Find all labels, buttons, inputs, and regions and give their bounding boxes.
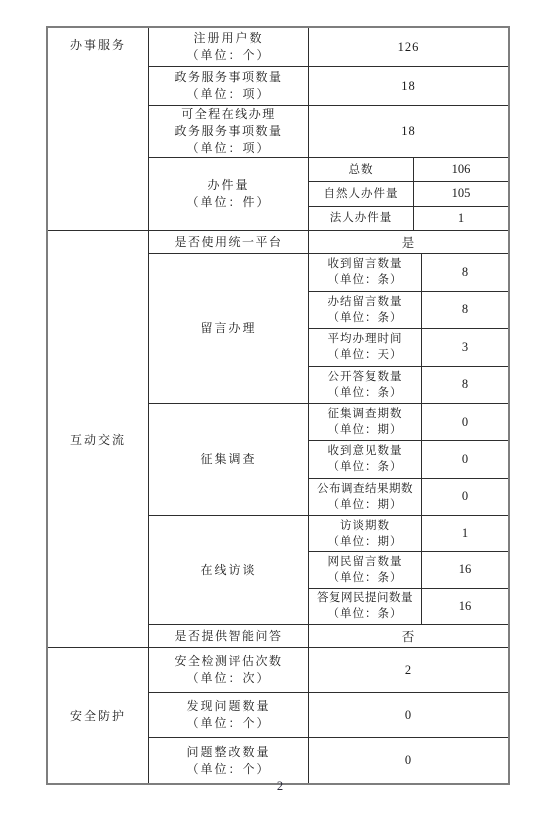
subitem-value: 8 xyxy=(422,254,508,291)
table-row: 征集调查 征集调查期数 （单位：期） 0 收到意见数量 （单位：条） xyxy=(149,404,508,516)
item-unit: （单位：项） xyxy=(186,86,270,103)
table-subrow: 征集调查期数 （单位：期） 0 xyxy=(309,404,508,441)
table-row: 留言办理 收到留言数量 （单位：条） 8 办结留言数量 （单位：条） xyxy=(149,254,508,404)
subitem-value: 1 xyxy=(414,207,508,230)
subitem-value: 105 xyxy=(414,182,508,205)
item-unit: （单位：项） xyxy=(186,140,270,157)
item-value: 2 xyxy=(309,648,508,692)
item-label: 问题整改数量 xyxy=(186,744,270,761)
item-unit: （单位：个） xyxy=(186,47,270,64)
subitem-unit: （单位：期） xyxy=(328,497,403,513)
table-subrow: 公布调查结果期数 （单位：期） 0 xyxy=(309,479,508,515)
subitem-unit: （单位：天） xyxy=(328,347,403,363)
item-label: 办件量 xyxy=(207,177,249,194)
item-label-cell: 可全程在线办理 政务服务事项数量 （单位：项） xyxy=(149,106,309,157)
subitem-label: 总数 xyxy=(309,158,414,181)
table-row: 在线访谈 访谈期数 （单位：期） 1 网民留言数量 （单位：条） xyxy=(149,516,508,625)
table-subrow: 法人办件量 1 xyxy=(309,207,508,230)
item-value: 0 xyxy=(309,693,508,737)
table-row: 是否提供智能问答 否 xyxy=(149,625,508,647)
item-label-cell: 发现问题数量 （单位：个） xyxy=(149,693,309,737)
section-service: 办事服务 注册用户数 （单位：个） 126 政务服务事项数量 （单位：项） 18… xyxy=(48,28,508,231)
subitem-value: 16 xyxy=(422,589,508,624)
subitem-value: 8 xyxy=(422,367,508,404)
item-unit: （单位：个） xyxy=(186,715,270,732)
subitem-label-cell: 平均办理时间 （单位：天） xyxy=(309,329,422,366)
subitem-label: 办结留言数量 xyxy=(328,294,403,310)
table-subrow: 网民留言数量 （单位：条） 16 xyxy=(309,552,508,588)
item-label-cell: 问题整改数量 （单位：个） xyxy=(149,738,309,783)
item-label: 是否使用统一平台 xyxy=(174,234,282,251)
table-subrow: 收到意见数量 （单位：条） 0 xyxy=(309,441,508,478)
item-label: 征集调查 xyxy=(200,451,256,468)
subitem-unit: （单位：条） xyxy=(328,310,403,326)
subitem-label: 访谈期数 xyxy=(340,518,390,534)
subitem-label-cell: 收到留言数量 （单位：条） xyxy=(309,254,422,291)
table-row: 可全程在线办理 政务服务事项数量 （单位：项） 18 xyxy=(149,106,508,158)
item-label: 政务服务事项数量 xyxy=(174,123,282,140)
subitem-label-cell: 访谈期数 （单位：期） xyxy=(309,516,422,551)
item-label-cell: 征集调查 xyxy=(149,404,309,515)
item-value: 18 xyxy=(309,106,508,157)
subitem-value: 0 xyxy=(422,479,508,515)
item-label-cell: 政务服务事项数量 （单位：项） xyxy=(149,67,309,105)
subitem-unit: （单位：条） xyxy=(328,272,403,288)
subitem-label: 网民留言数量 xyxy=(328,554,403,570)
subitem-unit: （单位：期） xyxy=(328,534,403,550)
item-label: 可全程在线办理 xyxy=(181,106,276,123)
subitem-label-cell: 公开答复数量 （单位：条） xyxy=(309,367,422,404)
page-number: 2 xyxy=(0,779,560,794)
subitem-label-cell: 收到意见数量 （单位：条） xyxy=(309,441,422,477)
item-value: 126 xyxy=(309,28,508,66)
item-label-cell: 留言办理 xyxy=(149,254,309,403)
item-label: 发现问题数量 xyxy=(186,698,270,715)
subitem-label: 收到留言数量 xyxy=(328,256,403,272)
subitem-label-cell: 答复网民提问数量 （单位：条） xyxy=(309,589,422,624)
item-unit: （单位：次） xyxy=(186,670,270,687)
subitem-value: 1 xyxy=(422,516,508,551)
subitem-label: 公布调查结果期数 xyxy=(317,481,413,497)
subitem-unit: （单位：期） xyxy=(328,422,403,438)
table-row: 政务服务事项数量 （单位：项） 18 xyxy=(149,67,508,106)
category-cell-service: 办事服务 xyxy=(48,28,149,230)
table-subrow: 办结留言数量 （单位：条） 8 xyxy=(309,292,508,330)
subitem-label-cell: 办结留言数量 （单位：条） xyxy=(309,292,422,329)
subitem-label-cell: 公布调查结果期数 （单位：期） xyxy=(309,479,422,515)
item-value: 是 xyxy=(309,231,508,253)
table-row: 注册用户数 （单位：个） 126 xyxy=(149,28,508,67)
category-label: 办事服务 xyxy=(70,36,126,53)
item-label-cell: 是否提供智能问答 xyxy=(149,625,309,647)
subitem-unit: （单位：条） xyxy=(328,606,403,622)
item-label-cell: 注册用户数 （单位：个） xyxy=(149,28,309,66)
category-label: 互动交流 xyxy=(70,431,126,448)
item-unit: （单位：件） xyxy=(186,194,270,211)
table-row: 是否使用统一平台 是 xyxy=(149,231,508,254)
item-label-cell: 是否使用统一平台 xyxy=(149,231,309,253)
subitem-label: 征集调查期数 xyxy=(328,406,403,422)
item-label-cell: 办件量 （单位：件） xyxy=(149,158,309,230)
report-table: 办事服务 注册用户数 （单位：个） 126 政务服务事项数量 （单位：项） 18… xyxy=(46,26,510,785)
subitem-unit: （单位：条） xyxy=(328,459,403,475)
table-row: 问题整改数量 （单位：个） 0 xyxy=(149,738,508,783)
subitem-label: 法人办件量 xyxy=(309,207,414,230)
subitem-value: 0 xyxy=(422,441,508,477)
subitem-label: 自然人办件量 xyxy=(309,182,414,205)
table-subrow: 收到留言数量 （单位：条） 8 xyxy=(309,254,508,292)
subitem-label-cell: 网民留言数量 （单位：条） xyxy=(309,552,422,587)
subitem-value: 106 xyxy=(414,158,508,181)
item-label-cell: 在线访谈 xyxy=(149,516,309,624)
item-value: 0 xyxy=(309,738,508,783)
table-row: 发现问题数量 （单位：个） 0 xyxy=(149,693,508,738)
item-label: 政务服务事项数量 xyxy=(174,69,282,86)
item-value: 否 xyxy=(309,625,508,647)
subitem-value: 3 xyxy=(422,329,508,366)
table-subrow: 答复网民提问数量 （单位：条） 16 xyxy=(309,589,508,624)
table-row: 办件量 （单位：件） 总数 106 自然人办件量 105 法人办件量 1 xyxy=(149,158,508,230)
item-label: 留言办理 xyxy=(200,320,256,337)
item-value: 18 xyxy=(309,67,508,105)
item-label-cell: 安全检测评估次数 （单位：次） xyxy=(149,648,309,692)
item-unit: （单位：个） xyxy=(186,761,270,778)
table-subrow: 公开答复数量 （单位：条） 8 xyxy=(309,367,508,404)
item-label: 安全检测评估次数 xyxy=(174,653,282,670)
table-subrow: 自然人办件量 105 xyxy=(309,182,508,206)
category-label: 安全防护 xyxy=(70,707,126,724)
category-cell-security: 安全防护 xyxy=(48,648,149,783)
section-interaction: 互动交流 是否使用统一平台 是 留言办理 收到留言数量 （单位：条） xyxy=(48,231,508,648)
section-security: 安全防护 安全检测评估次数 （单位：次） 2 发现问题数量 （单位：个） 0 问… xyxy=(48,648,508,783)
table-row: 安全检测评估次数 （单位：次） 2 xyxy=(149,648,508,693)
item-label: 注册用户数 xyxy=(193,30,263,47)
table-subrow: 平均办理时间 （单位：天） 3 xyxy=(309,329,508,367)
item-label: 在线访谈 xyxy=(200,562,256,579)
table-subrow: 访谈期数 （单位：期） 1 xyxy=(309,516,508,552)
subitem-label: 公开答复数量 xyxy=(328,369,403,385)
subitem-value: 8 xyxy=(422,292,508,329)
subitem-label: 平均办理时间 xyxy=(328,331,403,347)
item-label: 是否提供智能问答 xyxy=(174,628,282,645)
subitem-label-cell: 征集调查期数 （单位：期） xyxy=(309,404,422,440)
subitem-label: 收到意见数量 xyxy=(328,443,403,459)
subitem-label: 答复网民提问数量 xyxy=(317,590,413,606)
category-cell-interaction: 互动交流 xyxy=(48,231,149,647)
subitem-unit: （单位：条） xyxy=(328,570,403,586)
subitem-value: 0 xyxy=(422,404,508,440)
subitem-unit: （单位：条） xyxy=(328,385,403,401)
table-subrow: 总数 106 xyxy=(309,158,508,182)
subitem-value: 16 xyxy=(422,552,508,587)
